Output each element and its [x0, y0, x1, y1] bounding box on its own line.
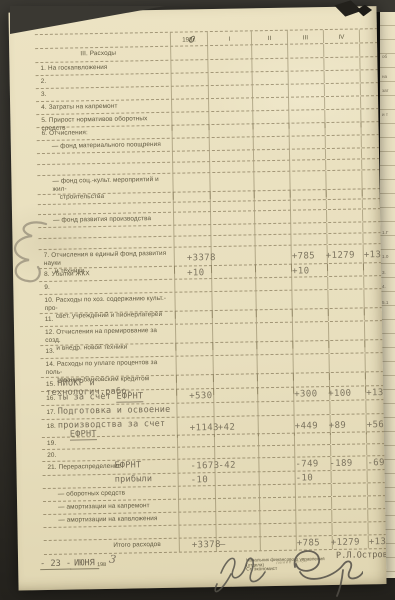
row-number: 14.	[46, 361, 55, 368]
value-cell	[295, 523, 331, 536]
row-label: 6.Отчисления:	[37, 126, 172, 140]
row-label: — фонд развития производства	[38, 213, 173, 227]
value-cell	[178, 512, 215, 525]
value-cell	[324, 122, 360, 135]
edge-text-fragment: на	[382, 74, 387, 79]
typed-value: +10	[292, 266, 310, 276]
value-cell	[178, 499, 215, 512]
edge-text-fragment: зат	[382, 88, 389, 93]
value-cell	[214, 434, 258, 446]
value-cell	[172, 151, 209, 162]
typed-value: +785	[292, 251, 315, 261]
row-label-line: — оборотных средств	[48, 489, 176, 499]
typed-value: -10	[191, 475, 209, 485]
value-cell	[254, 224, 290, 235]
row-text: III. Расходы	[80, 50, 116, 58]
row-text: На госкапвложения	[48, 64, 108, 72]
row-label	[43, 526, 178, 540]
value-cell	[324, 96, 360, 109]
value-cell	[295, 510, 331, 523]
value-cell	[215, 524, 259, 537]
row-label-line: 8.Убытки ЖКХ	[44, 269, 172, 279]
value-cell	[253, 161, 289, 172]
row-number: 17.	[46, 409, 55, 416]
value-cell	[172, 138, 209, 151]
value-cell: -10	[178, 473, 215, 486]
row-number: 2.	[41, 78, 47, 85]
value-cell	[288, 123, 324, 136]
edge-cell	[367, 496, 387, 509]
row-text: — амортизации на капремонт	[58, 502, 150, 511]
value-cell	[213, 402, 257, 416]
value-cell	[290, 223, 326, 234]
value-cell	[173, 202, 210, 212]
value-cell	[255, 278, 291, 291]
value-cell	[209, 161, 253, 172]
edge-cell	[365, 400, 386, 414]
table-body: III. Расходы1.На госкапвложения2.3.4.Зат…	[35, 43, 386, 555]
value-cell	[324, 70, 360, 83]
typed-value: +3378	[187, 253, 216, 264]
value-cell	[294, 433, 330, 445]
row-number: 20.	[47, 452, 56, 459]
document-page: 198г. I II III IV III. Расходы1.На госка…	[8, 6, 386, 590]
typed-text: ты за счет ЕФРНТ	[57, 391, 143, 402]
typed-value: -693	[367, 458, 386, 468]
row-label: III. Расходы	[35, 47, 170, 62]
edge-text-fragment: 1.0	[382, 254, 388, 259]
value-cell	[215, 498, 259, 511]
value-cell	[290, 190, 326, 200]
edge-text-fragment: 3.	[382, 270, 386, 275]
value-cell	[254, 211, 290, 224]
value-cell	[288, 71, 324, 84]
row-label: 3.	[36, 87, 171, 101]
value-cell	[293, 401, 329, 415]
row-label: — амортизации на капремонт	[43, 500, 178, 514]
value-cell: -1673	[177, 459, 214, 473]
value-cell	[210, 235, 254, 246]
row-label-line	[42, 154, 170, 156]
row-label-line: 9.	[44, 282, 172, 292]
row-label: 13.	[40, 344, 175, 358]
value-cell: +300	[257, 388, 293, 402]
value-cell	[252, 72, 288, 85]
edge-text-fragment: 5.1	[382, 300, 388, 305]
row-text: Итого расходов	[113, 541, 161, 549]
typed-value: +530	[189, 391, 212, 401]
col-header-year: 198г.	[170, 32, 207, 46]
value-cell	[326, 209, 362, 222]
row-label: 11.	[40, 312, 175, 326]
value-cell	[331, 470, 367, 483]
value-cell	[291, 277, 327, 290]
value-cell	[251, 45, 287, 59]
value-cell	[173, 212, 210, 225]
col-header-q3: III	[287, 30, 323, 44]
value-cell	[289, 136, 325, 149]
row-label-line: — фонд материального поощрения	[42, 141, 170, 151]
row-label-line: 16.ты за счет ЕФРНТ	[46, 392, 174, 403]
value-cell	[209, 137, 253, 150]
typed-value: +563	[367, 420, 387, 430]
value-cell: +530	[176, 389, 213, 403]
typed-value: +10	[187, 268, 205, 278]
value-cell	[292, 341, 328, 354]
typed-value: -749	[295, 459, 318, 469]
value-cell	[173, 225, 210, 236]
value-cell	[211, 278, 255, 291]
edge-cell	[366, 432, 387, 444]
handwritten-year-mark	[187, 33, 197, 44]
row-number: 3.	[41, 91, 47, 98]
value-cell	[251, 59, 287, 72]
value-cell: -42	[214, 458, 258, 472]
value-cell	[295, 484, 331, 497]
row-number: 16.	[46, 395, 55, 402]
typed-value: +300	[294, 389, 317, 399]
value-cell	[259, 511, 295, 524]
edge-cell	[367, 509, 386, 522]
edge-cell	[367, 483, 387, 496]
value-cell	[294, 445, 330, 457]
value-cell: +10	[255, 265, 291, 278]
value-cell	[252, 124, 288, 137]
value-cell	[287, 44, 323, 58]
value-cell	[259, 498, 295, 511]
value-cell	[175, 311, 212, 324]
value-cell	[288, 84, 324, 97]
row-text: — фонд соц.-культ. мероприятий и жил-	[52, 176, 158, 193]
value-cell	[171, 73, 208, 86]
edge-cell	[367, 470, 387, 483]
typed-value: +1279	[326, 251, 355, 262]
value-cell	[176, 403, 213, 417]
value-cell	[178, 525, 215, 538]
value-cell	[259, 485, 295, 498]
typed-value: +1314	[369, 537, 387, 548]
typed-value: +449	[295, 421, 318, 431]
value-cell	[325, 135, 361, 148]
value-cell	[290, 234, 326, 245]
row-number: 4.	[41, 104, 47, 111]
value-cell	[330, 432, 366, 444]
edge-cell	[367, 522, 386, 535]
q1-label: I	[229, 36, 231, 43]
row-label-line	[43, 205, 171, 207]
value-cell	[331, 509, 367, 522]
value-cell	[215, 485, 259, 498]
value-cell	[323, 43, 359, 57]
photographed-document: обназати т1.Г1.03.4.5.1 198г. I II III I…	[0, 0, 395, 600]
value-cell	[324, 83, 360, 96]
value-cell	[214, 446, 258, 458]
value-cell	[288, 97, 324, 110]
row-label-line: 4.Затраты на капремонт	[41, 102, 169, 112]
row-number: 6.	[42, 130, 48, 137]
value-cell	[173, 192, 210, 202]
row-label-line: 17.Подготовка и освоение	[46, 406, 174, 417]
value-cell	[210, 191, 254, 201]
row-number: 12.	[45, 329, 54, 336]
row-label-line: 3.	[41, 89, 169, 99]
date-day: - 23 -	[40, 559, 71, 571]
value-cell	[331, 483, 367, 496]
row-label-line: 20.	[47, 450, 175, 460]
value-cell: -749	[258, 458, 294, 472]
col-header-q2: II	[251, 31, 287, 45]
value-cell	[253, 150, 289, 161]
value-cell	[258, 446, 294, 458]
value-cell	[325, 159, 361, 170]
value-cell	[175, 343, 212, 356]
typed-text: ЕФРНТ	[114, 461, 141, 469]
value-cell	[211, 265, 255, 278]
value-cell	[289, 160, 325, 171]
value-cell	[170, 46, 207, 60]
value-cell	[171, 99, 208, 112]
row-label: — оборотных средств	[43, 487, 178, 501]
typed-value: +89	[329, 421, 347, 431]
value-cell	[327, 276, 363, 289]
typed-text-underlined: ЕФРНТ	[116, 391, 143, 402]
value-cell	[290, 200, 326, 210]
date-month: ИЮНЯ	[70, 558, 99, 569]
row-label: 1.На госкапвложения	[35, 61, 170, 75]
row-label: 9.	[39, 280, 174, 294]
value-cell	[177, 447, 214, 459]
q2-label: II	[268, 35, 272, 42]
row-text: — амортизации на капвложения	[58, 515, 157, 524]
row-label-line: 21.Перераспределение:ЕФРНТ	[47, 462, 175, 472]
value-cell	[207, 45, 251, 59]
value-cell	[178, 486, 215, 499]
value-cell	[171, 125, 208, 138]
date-year-handwritten: 3	[108, 552, 117, 566]
value-cell	[259, 524, 295, 537]
row-label-line: III. Расходы	[40, 49, 156, 59]
edge-text-fragment: 1.Г	[382, 230, 388, 235]
row-text: — фонд развития производства	[53, 215, 151, 224]
value-cell	[254, 201, 290, 211]
value-cell	[328, 340, 364, 353]
value-cell	[257, 402, 293, 416]
row-label-line	[43, 228, 171, 230]
header-label-cell	[35, 33, 170, 48]
typed-value: -189	[329, 459, 352, 469]
typed-text: Подготовка и освоение	[58, 405, 171, 417]
value-cell	[212, 342, 256, 355]
col-header-q1: I	[207, 31, 251, 45]
date-year: 198	[97, 562, 106, 568]
typed-value: +42	[218, 423, 236, 433]
row-label: — фонд материального поощрения	[37, 139, 172, 153]
row-number: 13.	[45, 348, 54, 355]
q3-label: III	[303, 34, 308, 41]
row-number: 11.	[45, 316, 54, 323]
typed-value: -42	[218, 461, 236, 471]
value-cell	[323, 57, 359, 70]
value-cell	[256, 310, 292, 323]
value-cell	[210, 201, 254, 211]
value-cell: -10	[259, 472, 295, 485]
col-header-q4: IV	[323, 29, 359, 43]
value-cell	[325, 148, 361, 159]
value-cell	[213, 388, 257, 402]
row-label: 8.Убытки ЖКХ	[39, 267, 174, 281]
expenses-table: 198г. I II III IV III. Расходы1.На госка…	[35, 28, 387, 555]
row-label-line: 19.	[47, 438, 175, 448]
row-label-line	[42, 165, 170, 167]
row-label: прибыли	[43, 474, 178, 488]
value-cell	[208, 72, 252, 85]
value-cell	[289, 149, 325, 160]
value-cell	[252, 98, 288, 111]
value-cell	[210, 224, 254, 235]
value-cell	[292, 309, 328, 322]
row-number: 5.	[41, 117, 47, 124]
row-label-line	[49, 528, 177, 530]
row-label-line: 1.На госкапвложения	[40, 63, 168, 73]
edge-text-fragment: 4.	[382, 284, 386, 289]
value-cell	[212, 310, 256, 323]
row-label-line: 6.Отчисления:	[42, 128, 170, 138]
row-text: Отчисления:	[49, 129, 88, 137]
value-cell	[328, 308, 364, 321]
typed-value: +1143	[190, 423, 219, 434]
row-text: Расходы по хоз. содержанию культ.-про-	[45, 295, 166, 312]
value-cell	[208, 85, 252, 98]
row-number: 21.	[47, 464, 56, 471]
value-cell	[327, 263, 363, 276]
value-cell	[331, 496, 367, 509]
value-cell	[170, 60, 207, 73]
row-label: 17.Подготовка и освоение	[41, 404, 176, 419]
row-label: 21.Перераспределение:ЕФРНТ	[42, 460, 177, 475]
row-number: 19.	[47, 440, 56, 447]
value-cell	[326, 189, 362, 199]
value-cell: +10	[174, 266, 211, 279]
value-cell	[174, 279, 211, 292]
value-cell	[208, 98, 252, 111]
row-label-line: 11.	[45, 314, 173, 324]
value-cell	[207, 59, 251, 72]
typed-value: -1673	[190, 461, 219, 472]
row-text: Отчисления в единый фонд развития науки	[44, 250, 166, 267]
row-label-line	[43, 239, 171, 241]
row-label-line: — амортизации на капвложения	[48, 515, 176, 525]
row-label: — амортизации на капвложения	[43, 513, 178, 527]
row-label-line: Итого расходов	[49, 541, 161, 551]
edge-text-fragment: об	[382, 54, 387, 59]
row-text: Отчисления на премирование за созд.	[45, 327, 157, 344]
row-text: — фонд материального поощрения	[52, 141, 161, 150]
edge-text-fragment: и т	[382, 112, 388, 117]
value-cell	[326, 222, 362, 233]
q4-label: IV	[338, 34, 344, 41]
row-label: 4.Затраты на капремонт	[36, 100, 171, 114]
value-cell	[256, 342, 292, 355]
edge-cell	[366, 444, 386, 456]
value-cell	[215, 472, 259, 485]
row-label-line: — амортизации на капремонт	[48, 502, 176, 512]
typed-value: +100	[328, 389, 351, 399]
value-cell	[258, 434, 294, 446]
row-text: Расходы по уплате процентов за поль-	[46, 359, 158, 376]
value-cell	[210, 211, 254, 224]
value-cell	[295, 497, 331, 510]
row-label-line: прибыли	[48, 476, 176, 478]
value-cell	[254, 191, 290, 201]
row-label: 16.ты за счет ЕФРНТ	[41, 390, 176, 405]
value-cell	[254, 235, 290, 246]
value-cell	[326, 233, 362, 244]
value-cell	[253, 137, 289, 150]
value-cell	[209, 150, 253, 161]
value-cell	[215, 511, 259, 524]
pencil-scribble	[2, 216, 58, 298]
row-text: Затраты на капремонт	[49, 103, 118, 111]
row-label: 2.	[36, 74, 171, 88]
value-cell	[329, 400, 365, 414]
value-cell	[290, 210, 326, 223]
value-cell	[208, 124, 252, 137]
row-label-line: 13.	[45, 346, 173, 356]
value-cell	[177, 435, 214, 447]
row-text: — оборотных средств	[58, 490, 125, 498]
signatures	[193, 543, 363, 599]
value-cell	[172, 162, 209, 173]
typed-text: прибыли	[115, 475, 153, 484]
value-cell	[171, 86, 208, 99]
row-label-line	[43, 195, 171, 197]
value-cell	[330, 444, 366, 456]
row-number: 18.	[47, 423, 56, 430]
value-cell	[287, 58, 323, 71]
value-cell	[173, 236, 210, 247]
economist-signature	[215, 558, 265, 591]
row-label-line: 2.	[41, 76, 169, 86]
value-cell	[331, 522, 367, 535]
value-cell	[252, 85, 288, 98]
value-cell	[326, 199, 362, 209]
typed-value: -10	[296, 473, 314, 483]
row-number: 1.	[40, 65, 46, 72]
row-label-line: — фонд развития производства	[43, 215, 171, 225]
